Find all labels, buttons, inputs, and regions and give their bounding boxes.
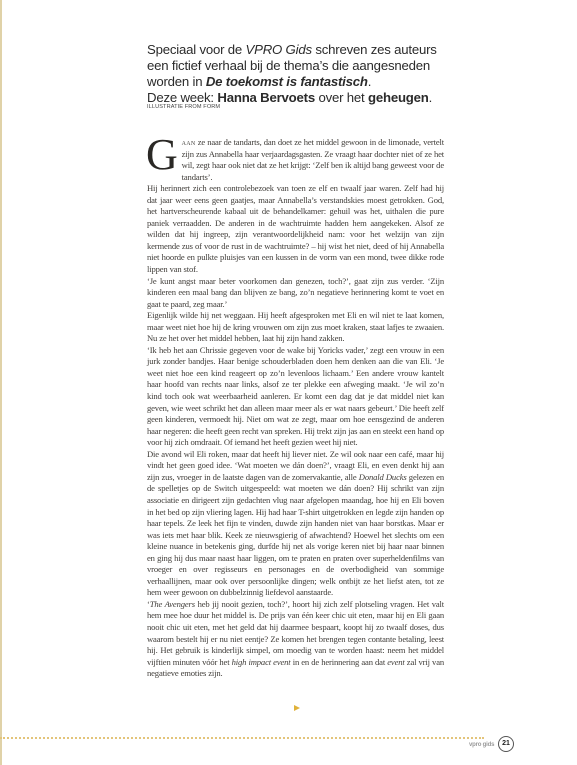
paragraph-text: gelezen en de spelletjes op de Switch ui…: [147, 472, 444, 597]
intro-text: Deze week:: [147, 90, 217, 105]
series-title: De toekomst is fantastisch: [206, 74, 368, 89]
page-edge-rule: [0, 0, 2, 765]
italic-title: Donald Ducks: [359, 472, 407, 482]
page-number-badge: 21: [498, 736, 514, 752]
italic-phrase: high impact event: [232, 657, 291, 667]
article-paragraph: Hij herinnert zich een controlebezoek va…: [147, 183, 444, 275]
publication-name: VPRO Gids: [246, 42, 312, 57]
illustration-credit: Illustratie From Form: [147, 104, 220, 110]
article-paragraph: Eigenlijk wilde hij net weggaan. Hij hee…: [147, 310, 444, 345]
intro-text: over het: [315, 90, 368, 105]
intro-paragraph: Speciaal voor de VPRO Gids schreven zes …: [147, 42, 447, 90]
intro-text: .: [429, 90, 432, 105]
intro-text: .: [368, 74, 371, 89]
article-paragraph: Die avond wil Eli roken, maar dat heeft …: [147, 449, 444, 599]
intro-standfirst: Speciaal voor de VPRO Gids schreven zes …: [147, 42, 447, 106]
article-paragraph: ‘The Avengers heb jij nooit gezien, toch…: [147, 599, 444, 680]
drop-cap: G: [146, 138, 178, 172]
publication-logo: vpro gids: [469, 742, 494, 748]
article-paragraph: ‘Je kunt angst maar beter voorkomen dan …: [147, 276, 444, 311]
author-name: Hanna Bervoets: [217, 90, 315, 105]
article-body: Gaan ze naar de tandarts, dan doet ze he…: [147, 137, 444, 680]
article-paragraph: Gaan ze naar de tandarts, dan doet ze he…: [147, 137, 444, 183]
intro-text: Speciaal voor de: [147, 42, 246, 57]
lead-in: aan: [182, 137, 196, 147]
italic-title: The Avengers: [150, 599, 195, 609]
footer-dotted-rule: [0, 737, 484, 739]
continue-arrow-icon: [294, 705, 300, 711]
topic-name: geheugen: [368, 90, 429, 105]
italic-phrase: event: [387, 657, 404, 667]
article-paragraph: ‘Ik heb het aan Chrissie gegeven voor de…: [147, 345, 444, 449]
paragraph-text: ze naar de tandarts, dan doet ze het mid…: [182, 137, 444, 182]
paragraph-text: in en de herinnering aan dat: [291, 657, 388, 667]
